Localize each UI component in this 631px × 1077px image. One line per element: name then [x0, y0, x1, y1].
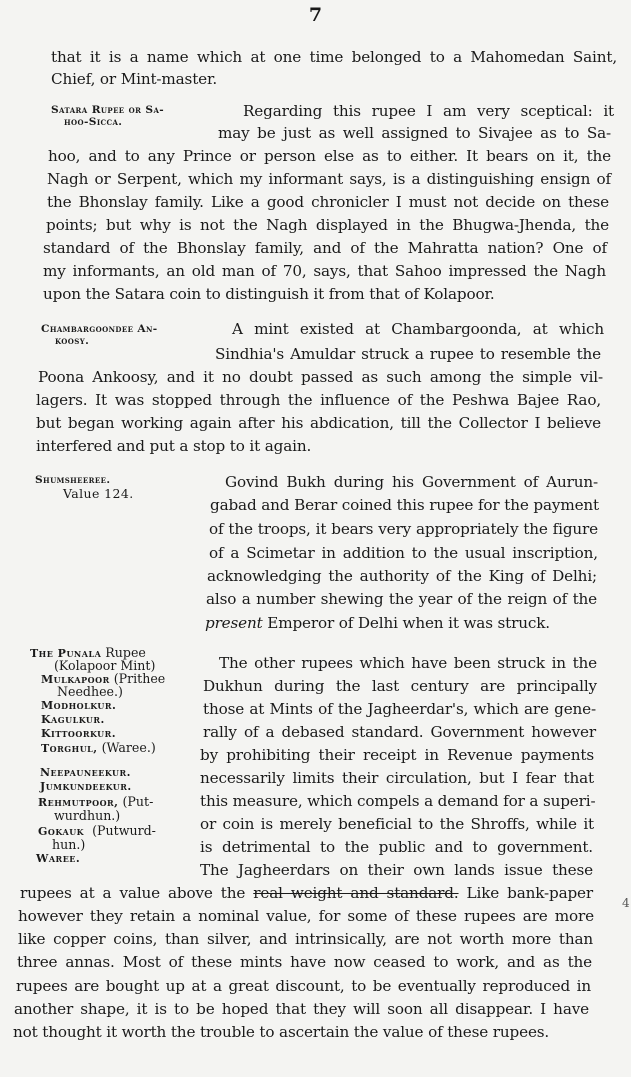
body-line: standard of the Bhonslay family, and of …: [43, 237, 607, 259]
body-line: lagers. It was stopped through the influ…: [36, 389, 601, 411]
mint-list-item: Torghul, (Waree.): [41, 741, 156, 756]
body-line: The other rupees which have been struck …: [219, 652, 597, 674]
body-line: not thought it worth the trouble to asce…: [13, 1021, 549, 1043]
mint-list-item: Waree.: [36, 852, 80, 866]
body-line: gabad and Berar coined this rupee for th…: [210, 494, 599, 516]
body-line: points; but why is not the Nagh displaye…: [46, 214, 609, 236]
mint-list-item: Neepauneekur.: [40, 766, 131, 780]
body-line: upon the Satara coin to distinguish it f…: [43, 283, 495, 305]
body-line: rally of a debased standard. Government …: [203, 721, 596, 743]
body-line: like copper coins, than silver, and intr…: [18, 928, 593, 950]
intro-line: Chief, or Mint-master.: [51, 68, 217, 90]
body-line: Dukhun during the last century are princ…: [203, 675, 597, 697]
struck-text: real weight and standard.: [253, 884, 458, 902]
mint-list-item: Kittoorkur.: [41, 727, 116, 741]
mint-list-item: hun.): [52, 838, 85, 853]
italic-word: present: [205, 614, 263, 632]
body-line: The Jagheerdars on their own lands issue…: [200, 859, 593, 881]
margin-mark: 4: [622, 896, 630, 910]
body-line: or coin is merely beneficial to the Shro…: [200, 813, 594, 835]
body-line: hoo, and to any Prince or person else as…: [48, 145, 611, 167]
mint-list-item: wurdhun.): [54, 809, 120, 824]
body-line: Sindhia's Amuldar struck a rupee to rese…: [215, 343, 601, 365]
body-line: interfered and put a stop to it again.: [36, 435, 311, 457]
body-line: necessarily limits their circulation, bu…: [200, 767, 594, 789]
body-line: three annas. Most of these mints have no…: [17, 951, 592, 973]
page-number: 7: [0, 4, 631, 26]
body-line: those at Mints of the Jagheerdar's, whic…: [203, 698, 596, 720]
body-line: A mint existed at Chambargoonda, at whic…: [232, 318, 604, 340]
body-line: Nagh or Serpent, which my informant says…: [47, 168, 611, 190]
body-line: present Emperor of Delhi when it was str…: [205, 612, 550, 634]
body-line: acknowledging the authority of the King …: [207, 565, 597, 587]
side-note-chambargoondee: koosy.: [55, 335, 89, 348]
body-line: Govind Bukh during his Government of Aur…: [225, 471, 598, 493]
mint-list-item: Jumkundeekur.: [40, 780, 132, 794]
body-line: of the troops, it bears very appropriate…: [209, 518, 598, 540]
body-line: is detrimental to the public and to gove…: [200, 836, 593, 858]
body-line: by prohibiting their receipt in Revenue …: [200, 744, 594, 766]
intro-line: that it is a name which at one time belo…: [51, 46, 617, 68]
side-note-satara: hoo-Sicca.: [64, 116, 122, 129]
mint-list-item: Kagulkur.: [41, 713, 105, 727]
body-line: the Bhonslay family. Like a good chronic…: [47, 191, 609, 213]
side-note-value: Value 124.: [63, 487, 134, 500]
body-line: my informants, an old man of 70, says, t…: [43, 260, 606, 282]
body-line: however they retain a nominal value, for…: [18, 905, 594, 927]
document-page: 7 that it is a name which at one time be…: [0, 0, 631, 1077]
body-line-with-strikethrough: rupees at a value above the real weight …: [20, 882, 593, 904]
mint-list-item: Needhee.): [57, 685, 123, 700]
body-line: may be just as well assigned to Sivajee …: [218, 122, 611, 144]
body-line: but began working again after his abdica…: [36, 412, 601, 434]
mint-list-item: Modholkur.: [41, 699, 116, 713]
body-line: another shape, it is to be hoped that th…: [14, 998, 589, 1020]
body-line: rupees are bought up at a great discount…: [16, 975, 591, 997]
body-line: Regarding this rupee I am very sceptical…: [243, 100, 614, 122]
body-line: also a number shewing the year of the re…: [206, 588, 597, 610]
body-line: Poona Ankoosy, and it no doubt passed as…: [38, 366, 603, 388]
body-line: this measure, which compels a demand for…: [200, 790, 594, 812]
body-line: of a Scimetar in addition to the usual i…: [209, 542, 598, 564]
